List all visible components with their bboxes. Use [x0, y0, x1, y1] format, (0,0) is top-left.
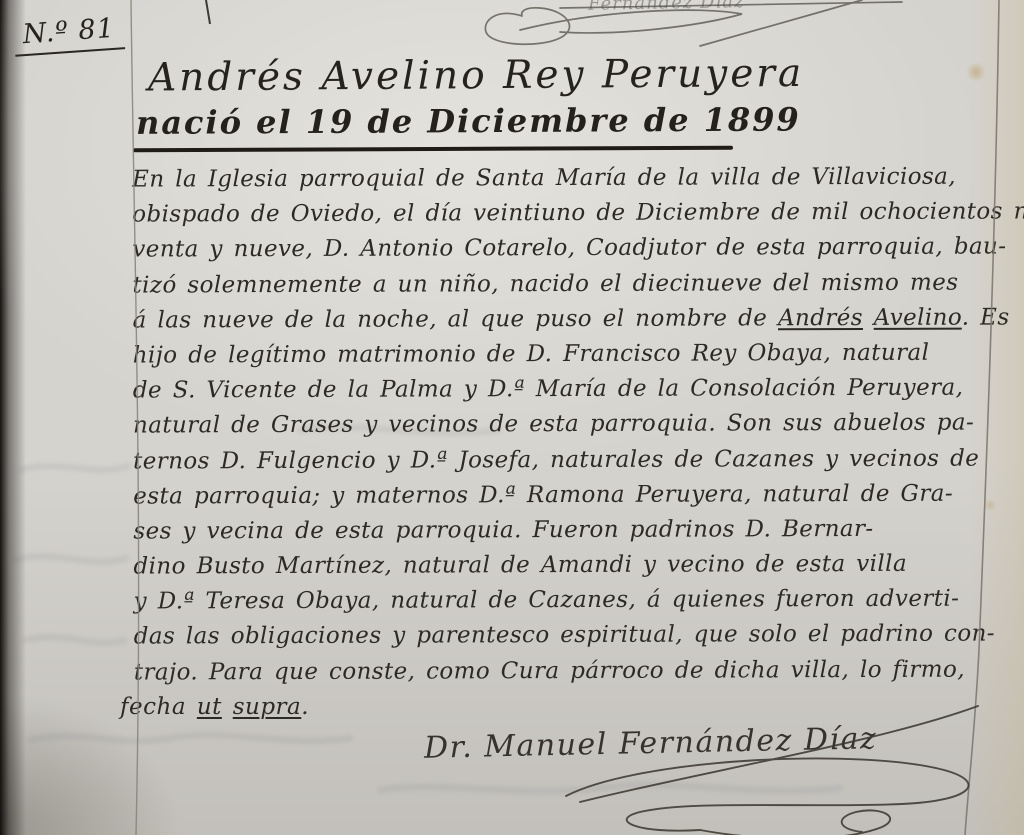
body-line: obispado de Oviedo, el día veintiuno de …: [132, 195, 1004, 233]
underlined-word: Andrés: [778, 305, 863, 331]
underlined-word: ut: [197, 694, 222, 720]
text-segment: dino Busto Martínez, natural de Amandi y…: [133, 551, 907, 580]
text-segment: ternos D. Fulgencio y D.ª Josefa, natura…: [133, 445, 979, 474]
text-segment: tizó solemnemente a un niño, nacido el d…: [132, 269, 958, 298]
body-line: tizó solemnemente a un niño, nacido el d…: [132, 265, 1004, 303]
text-segment: de S. Vicente de la Palma y D.ª María de…: [133, 375, 964, 404]
text-segment: venta y nueve, D. Antonio Cotarelo, Coad…: [132, 234, 1006, 263]
text-segment: obispado de Oviedo, el día veintiuno de …: [132, 199, 1024, 228]
body-line: y D.ª Teresa Obaya, natural de Cazanes, …: [134, 582, 1006, 620]
underlined-word: supra: [233, 694, 302, 720]
priest-signature: Dr. Manuel Fernández Díaz: [424, 721, 878, 765]
text-segment: [222, 694, 233, 720]
body-line: En la Iglesia parroquial de Santa María …: [132, 159, 1004, 197]
body-line: de S. Vicente de la Palma y D.ª María de…: [133, 371, 1005, 409]
title-underline-rule: [133, 146, 733, 153]
closing-line: fecha ut supra.: [120, 694, 1000, 720]
text-segment: [863, 305, 874, 331]
body-line: esta parroquia; y maternos D.ª Ramona Pe…: [133, 476, 1005, 514]
body-line: dino Busto Martínez, natural de Amandi y…: [133, 547, 1005, 585]
text-segment: En la Iglesia parroquial de Santa María …: [132, 164, 956, 193]
text-segment: .: [301, 694, 309, 720]
body-line: natural de Grases y vecinos de esta parr…: [133, 406, 1005, 444]
body-line: ternos D. Fulgencio y D.ª Josefa, natura…: [133, 441, 1005, 479]
text-segment: das las obligaciones y parentesco espiri…: [134, 621, 995, 650]
entry-title-birthdate: nació el 19 de Diciembre de 1899: [136, 98, 868, 144]
register-page-photo: N.º 81 Fernández Díaz Andrés Avelino Rey…: [0, 0, 1024, 835]
text-segment: esta parroquia; y maternos D.ª Ramona Pe…: [133, 480, 953, 509]
text-segment: á las nueve de la noche, al que puso el …: [133, 305, 778, 333]
text-segment: fecha: [120, 694, 197, 720]
underlined-word: Avelino: [874, 304, 962, 330]
text-segment: natural de Grases y vecinos de esta parr…: [133, 410, 974, 439]
text-segment: . Es: [962, 304, 1010, 330]
record-number: N.º 81: [13, 12, 125, 57]
body-line: á las nueve de la noche, al que puso el …: [133, 300, 1005, 338]
body-line: venta y nueve, D. Antonio Cotarelo, Coad…: [132, 230, 1004, 268]
body-line: das las obligaciones y parentesco espiri…: [134, 617, 1006, 655]
body-line: hijo de legítimo matrimonio de D. Franci…: [133, 335, 1005, 373]
text-segment: hijo de legítimo matrimonio de D. Franci…: [133, 340, 930, 369]
body-line: ses y vecina de esta parroquia. Fueron p…: [133, 511, 1005, 549]
text-segment: ses y vecina de esta parroquia. Fueron p…: [133, 516, 873, 545]
previous-entry-ghost-text: Fernández Díaz: [588, 0, 908, 15]
entry-title-block: Andrés Avelino Rey Peruyera nació el 19 …: [148, 52, 868, 142]
text-segment: y D.ª Teresa Obaya, natural de Cazanes, …: [134, 586, 960, 615]
body-lines: En la Iglesia parroquial de Santa María …: [132, 159, 1006, 690]
text-segment: trajo. Para que conste, como Cura párroc…: [134, 656, 965, 685]
body-line: trajo. Para que conste, como Cura párroc…: [134, 652, 1006, 690]
pen-mark: [206, 0, 210, 24]
entry-title-name: Andrés Avelino Rey Peruyera: [148, 49, 868, 102]
